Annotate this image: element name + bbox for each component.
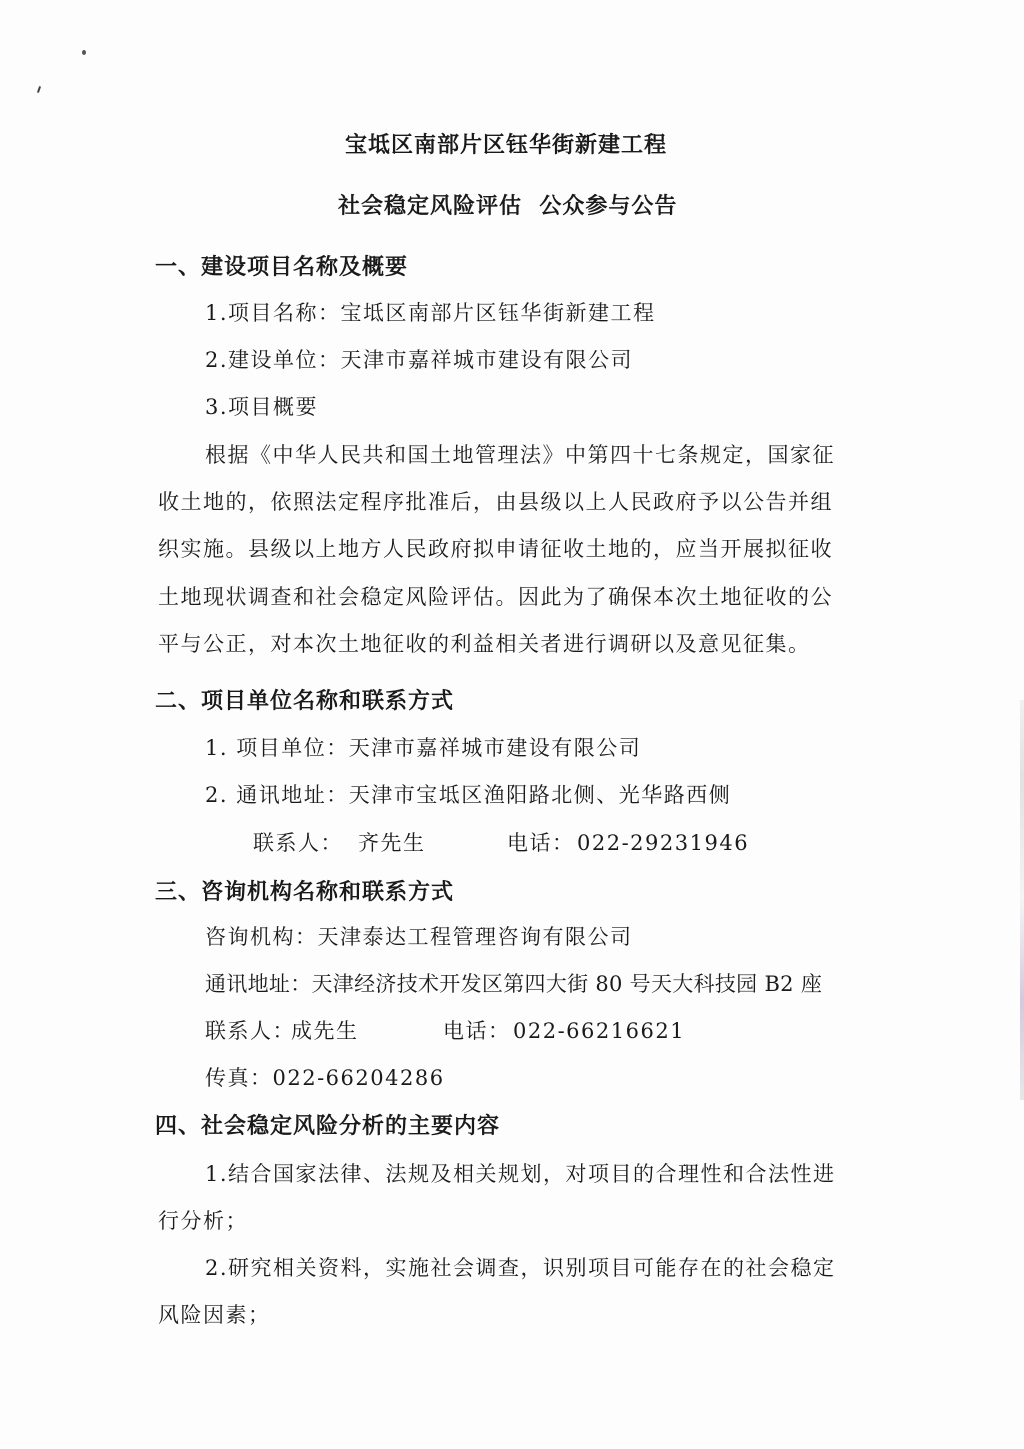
section-1-paragraph-line: 根据《中华人民共和国土地管理法》中第四十七条规定，国家征 bbox=[205, 440, 835, 470]
section-4-paragraph-line: 风险因素； bbox=[158, 1300, 271, 1330]
section-2-phone-label: 电话： bbox=[507, 828, 575, 858]
section-2-contact-name: 齐先生 bbox=[358, 828, 426, 858]
document-title-line1: 宝坻区南部片区钰华街新建工程 bbox=[345, 131, 667, 161]
section-3-consultancy: 咨询机构：天津泰达工程管理咨询有限公司 bbox=[205, 922, 633, 952]
section-1-paragraph-line: 平与公正，对本次土地征收的利益相关者进行调研以及意见征集。 bbox=[158, 629, 811, 659]
section-4-paragraph-line: 行分析； bbox=[158, 1206, 248, 1236]
scan-speck bbox=[82, 50, 86, 55]
section-4-paragraph-line: 1.结合国家法律、法规及相关规划，对项目的合理性和合法性进 bbox=[205, 1159, 836, 1189]
section-2-contact-label: 联系人： bbox=[253, 828, 343, 858]
section-1-paragraph-line: 土地现状调查和社会稳定风险评估。因此为了确保本次土地征收的公 bbox=[158, 582, 833, 612]
section-1-item-3: 3.项目概要 bbox=[205, 392, 318, 422]
section-3-contact-name: 成先生 bbox=[291, 1016, 359, 1046]
section-3-address: 通讯地址：天津经济技术开发区第四大街 80 号天大科技园 B2 座 bbox=[205, 969, 822, 999]
section-2-heading: 二、项目单位名称和联系方式 bbox=[155, 687, 454, 717]
section-2-item-1: 1. 项目单位：天津市嘉祥城市建设有限公司 bbox=[205, 733, 641, 763]
section-1-paragraph-line: 织实施。县级以上地方人民政府拟申请征收土地的，应当开展拟征收 bbox=[158, 534, 833, 564]
section-2-phone: 022-29231946 bbox=[577, 828, 749, 858]
section-4-paragraph-line: 2.研究相关资料，实施社会调查，识别项目可能存在的社会稳定 bbox=[205, 1253, 836, 1283]
section-3-heading: 三、咨询机构名称和联系方式 bbox=[155, 878, 454, 908]
section-3-fax: 传真：022-66204286 bbox=[205, 1063, 445, 1093]
section-3-phone: 022-66216621 bbox=[513, 1016, 685, 1046]
section-1-heading: 一、建设项目名称及概要 bbox=[155, 253, 408, 283]
section-3-phone-label: 电话： bbox=[443, 1016, 511, 1046]
section-3-contact-label: 联系人： bbox=[205, 1016, 295, 1046]
section-1-paragraph-line: 收土地的，依照法定程序批准后，由县级以上人民政府予以公告并组 bbox=[158, 487, 833, 517]
document-title-line2: 社会稳定风险评估 公众参与公告 bbox=[338, 192, 677, 222]
page-edge-shadow bbox=[1020, 700, 1024, 1100]
section-2-item-2: 2. 通讯地址：天津市宝坻区渔阳路北侧、光华路西侧 bbox=[205, 780, 731, 810]
section-4-heading: 四、社会稳定风险分析的主要内容 bbox=[155, 1112, 500, 1142]
scan-speck bbox=[37, 86, 41, 93]
section-1-item-1: 1.项目名称：宝坻区南部片区钰华街新建工程 bbox=[205, 298, 656, 328]
section-1-item-2: 2.建设单位：天津市嘉祥城市建设有限公司 bbox=[205, 345, 633, 375]
